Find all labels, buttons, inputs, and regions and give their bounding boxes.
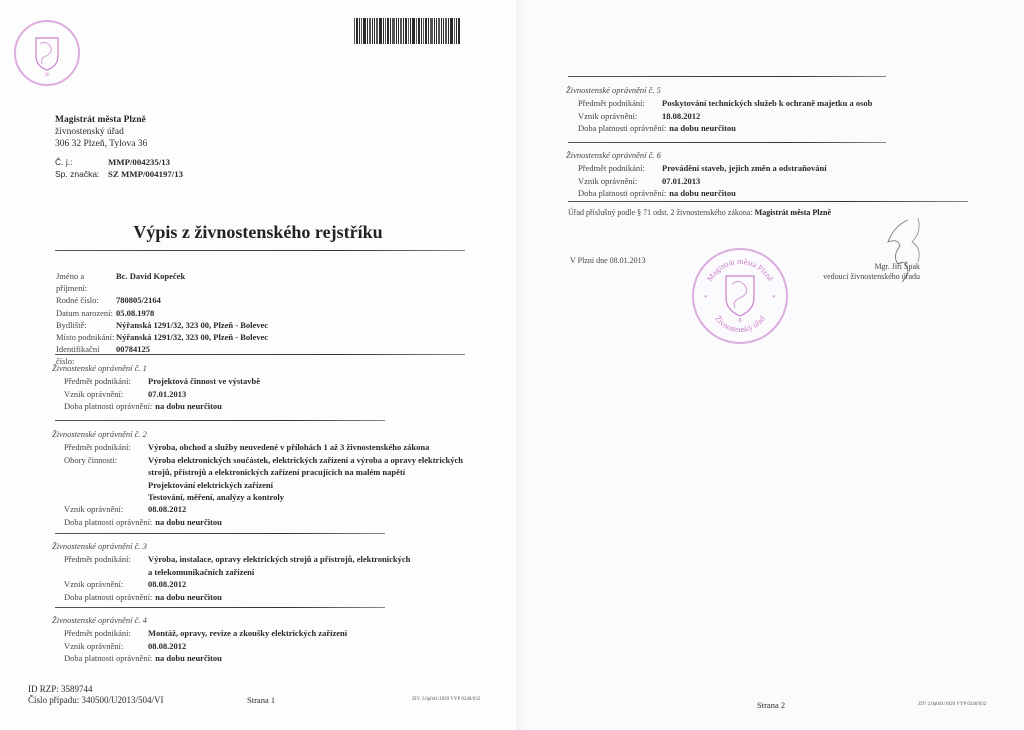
- barcode-bar: [398, 18, 399, 44]
- sender-org: Magistrát města Plzně: [55, 114, 147, 126]
- detail-value: Nýřanská 1291/32, 323 00, Plzeň - Boleve…: [116, 331, 268, 343]
- page-number: Strana 1: [247, 695, 275, 705]
- divider: [55, 250, 465, 251]
- signer-role: vedoucí živnostenského úřadu: [790, 272, 920, 282]
- divider: [568, 76, 886, 77]
- permit-2: Živnostenské oprávnění č. 2Předmět podni…: [64, 428, 463, 528]
- barcode-bar: [400, 18, 402, 44]
- permit-validity-row: Doba platnosti oprávnění:na dobu neurčit…: [578, 187, 827, 199]
- ref-value: SZ MMP/004197/13: [108, 168, 183, 180]
- detail-value: 780805/2164: [116, 294, 161, 306]
- barcode-bar: [441, 18, 442, 44]
- person-details: Jméno a příjmení:Bc. David KopečekRodné …: [56, 270, 268, 368]
- field-value: 07.01.2013: [148, 388, 186, 400]
- barcode-bar: [405, 18, 407, 44]
- permit-origin-row: Vznik oprávnění:08.08.2012: [64, 503, 463, 515]
- permit-6: Živnostenské oprávnění č. 6Předmět podni…: [578, 149, 827, 200]
- barcode-bar: [387, 18, 389, 44]
- field-value: 08.08.2012: [148, 578, 186, 590]
- ref-row: Sp. značka: SZ MMP/004197/13: [55, 168, 183, 180]
- field-value: 18.08.2012: [662, 110, 700, 122]
- svg-text:*: *: [772, 294, 776, 302]
- barcode-bar: [428, 18, 429, 44]
- field-label: Předmět podnikání:: [64, 375, 148, 387]
- permit-title: Živnostenské oprávnění č. 1: [52, 362, 260, 374]
- barcode-bar: [379, 18, 382, 44]
- barcode-bar: [412, 18, 415, 44]
- person-detail-row: Rodné číslo:780805/2164: [56, 294, 268, 306]
- barcode-bar: [361, 18, 362, 44]
- field-value: na dobu neurčitou: [669, 187, 736, 199]
- form-code: ZIV 2.0p041/1020 VYP 0240/032: [412, 697, 480, 702]
- place-date: V Plzni dne 08.01.2013: [570, 256, 646, 265]
- official-stamp-page-1: 36: [14, 20, 80, 86]
- barcode-bar: [423, 18, 424, 44]
- permit-1: Živnostenské oprávnění č. 1Předmět podni…: [64, 362, 260, 413]
- permit-validity-row: Doba platnosti oprávnění:na dobu neurčit…: [578, 122, 872, 134]
- case-number: Číslo případu: 340500/U2013/504/VI: [28, 695, 164, 706]
- field-value: 07.01.2013: [662, 175, 700, 187]
- permit-4: Živnostenské oprávnění č. 4Předmět podni…: [64, 614, 347, 665]
- barcode-bar: [356, 18, 358, 44]
- field-value: Projektová činnost ve výstavbě: [148, 375, 260, 387]
- permit-origin-row: Vznik oprávnění:07.01.2013: [64, 388, 260, 400]
- field-label: Doba platnosti oprávnění:: [64, 652, 152, 664]
- id-rzp: ID RZP: 3589744: [28, 684, 164, 695]
- person-detail-row: Bydliště:Nýřanská 1291/32, 323 00, Plzeň…: [56, 319, 268, 331]
- permit-title: Živnostenské oprávnění č. 5: [566, 84, 872, 96]
- ref-row: Č. j.: MMP/004235/13: [55, 156, 183, 168]
- footer-ids: ID RZP: 3589744 Číslo případu: 340500/U2…: [28, 684, 164, 706]
- field-label: Předmět podnikání:: [64, 553, 148, 578]
- barcode-bar: [456, 18, 457, 44]
- field-label: Vznik oprávnění:: [64, 388, 148, 400]
- reference-numbers: Č. j.: MMP/004235/13 Sp. značka: SZ MMP/…: [55, 156, 183, 180]
- permit-fields-row: Obory činnosti:Výroba elektronických sou…: [64, 454, 463, 504]
- permit-validity-row: Doba platnosti oprávnění:na dobu neurčit…: [64, 516, 463, 528]
- form-code: ZIV 2.0p041/1020 VYP 0240/032: [918, 702, 986, 707]
- barcode-bar: [396, 18, 397, 44]
- permit-title: Živnostenské oprávnění č. 3: [52, 540, 410, 552]
- divider: [55, 420, 385, 421]
- field-label: Vznik oprávnění:: [578, 175, 662, 187]
- field-value: Provádění staveb, jejich změn a odstraňo…: [662, 162, 827, 174]
- barcode-bar: [430, 18, 433, 44]
- barcode-bar: [448, 18, 449, 44]
- barcode-bar: [425, 18, 427, 44]
- person-detail-row: Místo podnikání:Nýřanská 1291/32, 323 00…: [56, 331, 268, 343]
- field-value: Projektování elektrických zařízení: [148, 479, 463, 491]
- field-label: Předmět podnikání:: [578, 162, 662, 174]
- person-detail-row: Datum narození:05.08.1978: [56, 307, 268, 319]
- field-value: Testování, měření, analýzy a kontroly: [148, 491, 463, 503]
- field-value: na dobu neurčitou: [669, 122, 736, 134]
- svg-text:8: 8: [739, 318, 742, 324]
- detail-value: 05.08.1978: [116, 307, 154, 319]
- ref-value: MMP/004235/13: [108, 156, 170, 168]
- competent-office-value: Magistrát města Plzně: [755, 208, 831, 217]
- barcode-bar: [372, 18, 373, 44]
- barcode-bar: [434, 18, 435, 44]
- sender-dept: živnostenský úřad: [55, 126, 147, 138]
- field-value: a telekomunikačních zařízení: [148, 566, 410, 578]
- field-label: Doba platnosti oprávnění:: [578, 187, 666, 199]
- barcode-bar: [443, 18, 444, 44]
- permit-subject-row: Předmět podnikání:Poskytování technickýc…: [578, 97, 872, 109]
- permit-validity-row: Doba platnosti oprávnění:na dobu neurčit…: [64, 591, 410, 603]
- competent-office: Úřad příslušný podle § 71 odst. 2 živnos…: [568, 208, 831, 217]
- barcode-bar: [445, 18, 447, 44]
- permit-origin-row: Vznik oprávnění:08.08.2012: [64, 640, 347, 652]
- permit-validity-row: Doba platnosti oprávnění:na dobu neurčit…: [64, 400, 260, 412]
- field-value: strojů, přístrojů a elektronických zaříz…: [148, 466, 463, 478]
- barcode-bar: [392, 18, 395, 44]
- field-value: Montáž, opravy, revize a zkoušky elektri…: [148, 627, 347, 639]
- barcode-bar: [410, 18, 411, 44]
- permit-3: Živnostenské oprávnění č. 3Předmět podni…: [64, 540, 410, 603]
- field-label: Doba platnosti oprávnění:: [578, 122, 666, 134]
- barcode-bar: [383, 18, 384, 44]
- page-number: Strana 2: [757, 700, 785, 710]
- barcode-bar: [376, 18, 378, 44]
- signer-name: Mgr. Jiří Špak: [790, 262, 920, 272]
- detail-label: Místo podnikání:: [56, 331, 116, 343]
- barcode-bar: [421, 18, 422, 44]
- permit-5: Živnostenské oprávnění č. 5Předmět podni…: [578, 84, 872, 135]
- permit-title: Živnostenské oprávnění č. 6: [566, 149, 827, 161]
- field-label: Předmět podnikání:: [578, 97, 662, 109]
- permit-subject-row: Předmět podnikání:Výroba, obchod a služb…: [64, 441, 463, 453]
- field-value: Výroba, obchod a služby neuvedené v příl…: [148, 441, 429, 453]
- coat-of-arms-icon: Magistrát města Plzně Živnostenský úřad …: [694, 250, 786, 342]
- permit-validity-row: Doba platnosti oprávnění:na dobu neurčit…: [64, 652, 347, 664]
- field-value: na dobu neurčitou: [155, 591, 222, 603]
- permit-subject-row: Předmět podnikání:Výroba, instalace, opr…: [64, 553, 410, 578]
- competent-office-label: Úřad příslušný podle § 71 odst. 2 živnos…: [568, 208, 753, 217]
- field-label: Vznik oprávnění:: [64, 503, 148, 515]
- detail-label: Bydliště:: [56, 319, 116, 331]
- ref-label: Č. j.:: [55, 156, 108, 168]
- barcode-bar: [438, 18, 440, 44]
- field-value: 08.08.2012: [148, 503, 186, 515]
- barcode-bar: [385, 18, 386, 44]
- permit-subject-row: Předmět podnikání:Provádění staveb, jeji…: [578, 162, 827, 174]
- sender-address: 306 32 Plzeň, Tylova 36: [55, 138, 147, 150]
- barcode-bar: [367, 18, 368, 44]
- permit-title: Živnostenské oprávnění č. 4: [52, 614, 347, 626]
- permit-subject-row: Předmět podnikání:Projektová činnost ve …: [64, 375, 260, 387]
- field-value: Výroba elektronických součástek, elektri…: [148, 454, 463, 466]
- field-value: na dobu neurčitou: [155, 516, 222, 528]
- detail-label: Jméno a příjmení:: [56, 270, 116, 294]
- permit-title: Živnostenské oprávnění č. 2: [52, 428, 463, 440]
- field-label: Doba platnosti oprávnění:: [64, 400, 152, 412]
- sender-block: Magistrát města Plzně živnostenský úřad …: [55, 114, 147, 150]
- coat-of-arms-icon: 36: [16, 22, 78, 84]
- person-detail-row: Jméno a příjmení:Bc. David Kopeček: [56, 270, 268, 294]
- divider: [55, 354, 465, 355]
- field-label: Vznik oprávnění:: [64, 640, 148, 652]
- field-value: Poskytování technických služeb k ochraně…: [662, 97, 872, 109]
- divider: [55, 533, 385, 534]
- divider: [55, 607, 385, 608]
- barcode-bar: [359, 18, 360, 44]
- barcode-bar: [369, 18, 371, 44]
- field-label: Předmět podnikání:: [64, 441, 148, 453]
- page-1: 36 Magistrát města Plzně živnostenský úř…: [0, 0, 516, 730]
- field-label: Předmět podnikání:: [64, 627, 148, 639]
- barcode-bar: [390, 18, 391, 44]
- divider: [568, 142, 886, 143]
- field-label: Doba platnosti oprávnění:: [64, 591, 152, 603]
- detail-value: Bc. David Kopeček: [116, 270, 185, 294]
- divider: [568, 201, 968, 202]
- barcode-icon: [354, 18, 464, 44]
- permit-origin-row: Vznik oprávnění:08.08.2012: [64, 578, 410, 590]
- field-label: Doba platnosti oprávnění:: [64, 516, 152, 528]
- document-title: Výpis z živnostenského rejstříku: [0, 222, 516, 243]
- official-stamp-page-2: Magistrát města Plzně Živnostenský úřad …: [692, 248, 788, 344]
- barcode-bar: [374, 18, 375, 44]
- barcode-bar: [408, 18, 409, 44]
- barcode-bar: [450, 18, 453, 44]
- svg-text:Magistrát města Plzně: Magistrát města Plzně: [705, 257, 775, 283]
- permit-subject-row: Předmět podnikání:Montáž, opravy, revize…: [64, 627, 347, 639]
- barcode-bar: [454, 18, 455, 44]
- detail-label: Datum narození:: [56, 307, 116, 319]
- field-label: Vznik oprávnění:: [578, 110, 662, 122]
- barcode-bar: [458, 18, 460, 44]
- field-value: 08.08.2012: [148, 640, 186, 652]
- field-label: Vznik oprávnění:: [64, 578, 148, 590]
- svg-text:36: 36: [45, 73, 51, 78]
- detail-label: Rodné číslo:: [56, 294, 116, 306]
- barcode-bar: [363, 18, 366, 44]
- barcode-bar: [416, 18, 417, 44]
- barcode-bar: [418, 18, 420, 44]
- svg-text:*: *: [704, 294, 708, 302]
- detail-value: Nýřanská 1291/32, 323 00, Plzeň - Boleve…: [116, 319, 268, 331]
- barcode-bar: [403, 18, 404, 44]
- permit-origin-row: Vznik oprávnění:07.01.2013: [578, 175, 827, 187]
- permit-origin-row: Vznik oprávnění:18.08.2012: [578, 110, 872, 122]
- field-value: na dobu neurčitou: [155, 400, 222, 412]
- ref-label: Sp. značka:: [55, 168, 108, 180]
- signer-block: Mgr. Jiří Špak vedoucí živnostenského úř…: [790, 262, 920, 282]
- field-value: Výroba, instalace, opravy elektrických s…: [148, 553, 410, 565]
- field-value: na dobu neurčitou: [155, 652, 222, 664]
- barcode-bar: [436, 18, 437, 44]
- barcode-bar: [354, 18, 355, 44]
- field-label: Obory činnosti:: [64, 454, 148, 504]
